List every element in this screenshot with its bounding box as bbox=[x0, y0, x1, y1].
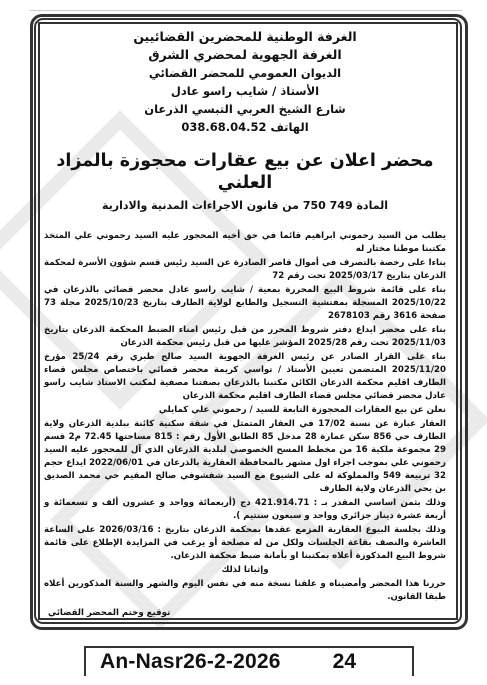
paragraph-closing: حررنا هذا المحضر وأمضيناه و علقنا نسخة م… bbox=[44, 578, 446, 604]
page-footer: An-Nasr26-2-2026 24 bbox=[84, 646, 414, 676]
header-address: شارع الشيخ العربي التبسي الذرعان bbox=[44, 100, 446, 118]
paragraph-auction-session: وذلك بجلسة البيوع العقارية المزمع عقدها … bbox=[44, 524, 446, 563]
header-national-chamber: الغرفة الوطنية للمحضرين القضائيين bbox=[44, 28, 446, 46]
letterhead: الغرفة الوطنية للمحضرين القضائيين الغرفة… bbox=[44, 28, 446, 136]
notice-subtitle: المادة 749 750 من قانون الاجراءات المدني… bbox=[44, 198, 446, 214]
header-office: الديوان العمومي للمحضر القضائي bbox=[44, 64, 446, 82]
signature-line: توقيع وختم المحضر القضائي bbox=[48, 608, 170, 618]
notice-content: الغرفة الوطنية للمحضرين القضائيين الغرفة… bbox=[44, 28, 446, 624]
paragraph-announcement: نعلن عن بيع العقارات المحجوزة التابعة لل… bbox=[44, 404, 446, 417]
notice-title: محضر اعلان عن بيع عقارات محجوزة بالمزاد … bbox=[44, 150, 446, 194]
paragraph-deposit: بناء على محضر ايداع دفتر شروط المحرر من … bbox=[44, 324, 446, 350]
paragraph-request: يطلب من السيد رحموني ابراهيم قائما في حق… bbox=[44, 230, 446, 256]
paragraph-in-witness: وإثباتا لذلك bbox=[44, 564, 446, 577]
header-regional-chamber: الغرفة الجهوية لمحضري الشرق bbox=[44, 46, 446, 64]
publication-date: An-Nasr26-2-2026 bbox=[100, 650, 281, 674]
page-number: 24 bbox=[333, 650, 356, 674]
paragraph-decision: بناء على القرار الصادر عن رئيس الغرفة ال… bbox=[44, 351, 446, 403]
paragraph-property-description: العقار عبارة عن نسبة 17/02 في العقار الم… bbox=[44, 418, 446, 496]
scan-edge-line bbox=[30, 10, 462, 11]
paragraph-sale-conditions: بناء على قائمة شروط البيع المحررة بمعية … bbox=[44, 284, 446, 323]
paragraph-license: بناءا على رخصة بالتصرف في أموال قاصر الص… bbox=[44, 257, 446, 283]
paragraph-base-price: وذلك بثمن اساسي المقدر بـ : 421.914.71 د… bbox=[44, 497, 446, 523]
header-bailiff-name: الأستاذ / شايب راسو عادل bbox=[44, 82, 446, 100]
notice-body: يطلب من السيد رحموني ابراهيم قائما في حق… bbox=[44, 230, 446, 604]
header-phone: الهاتف 038.68.04.52 bbox=[44, 118, 446, 136]
